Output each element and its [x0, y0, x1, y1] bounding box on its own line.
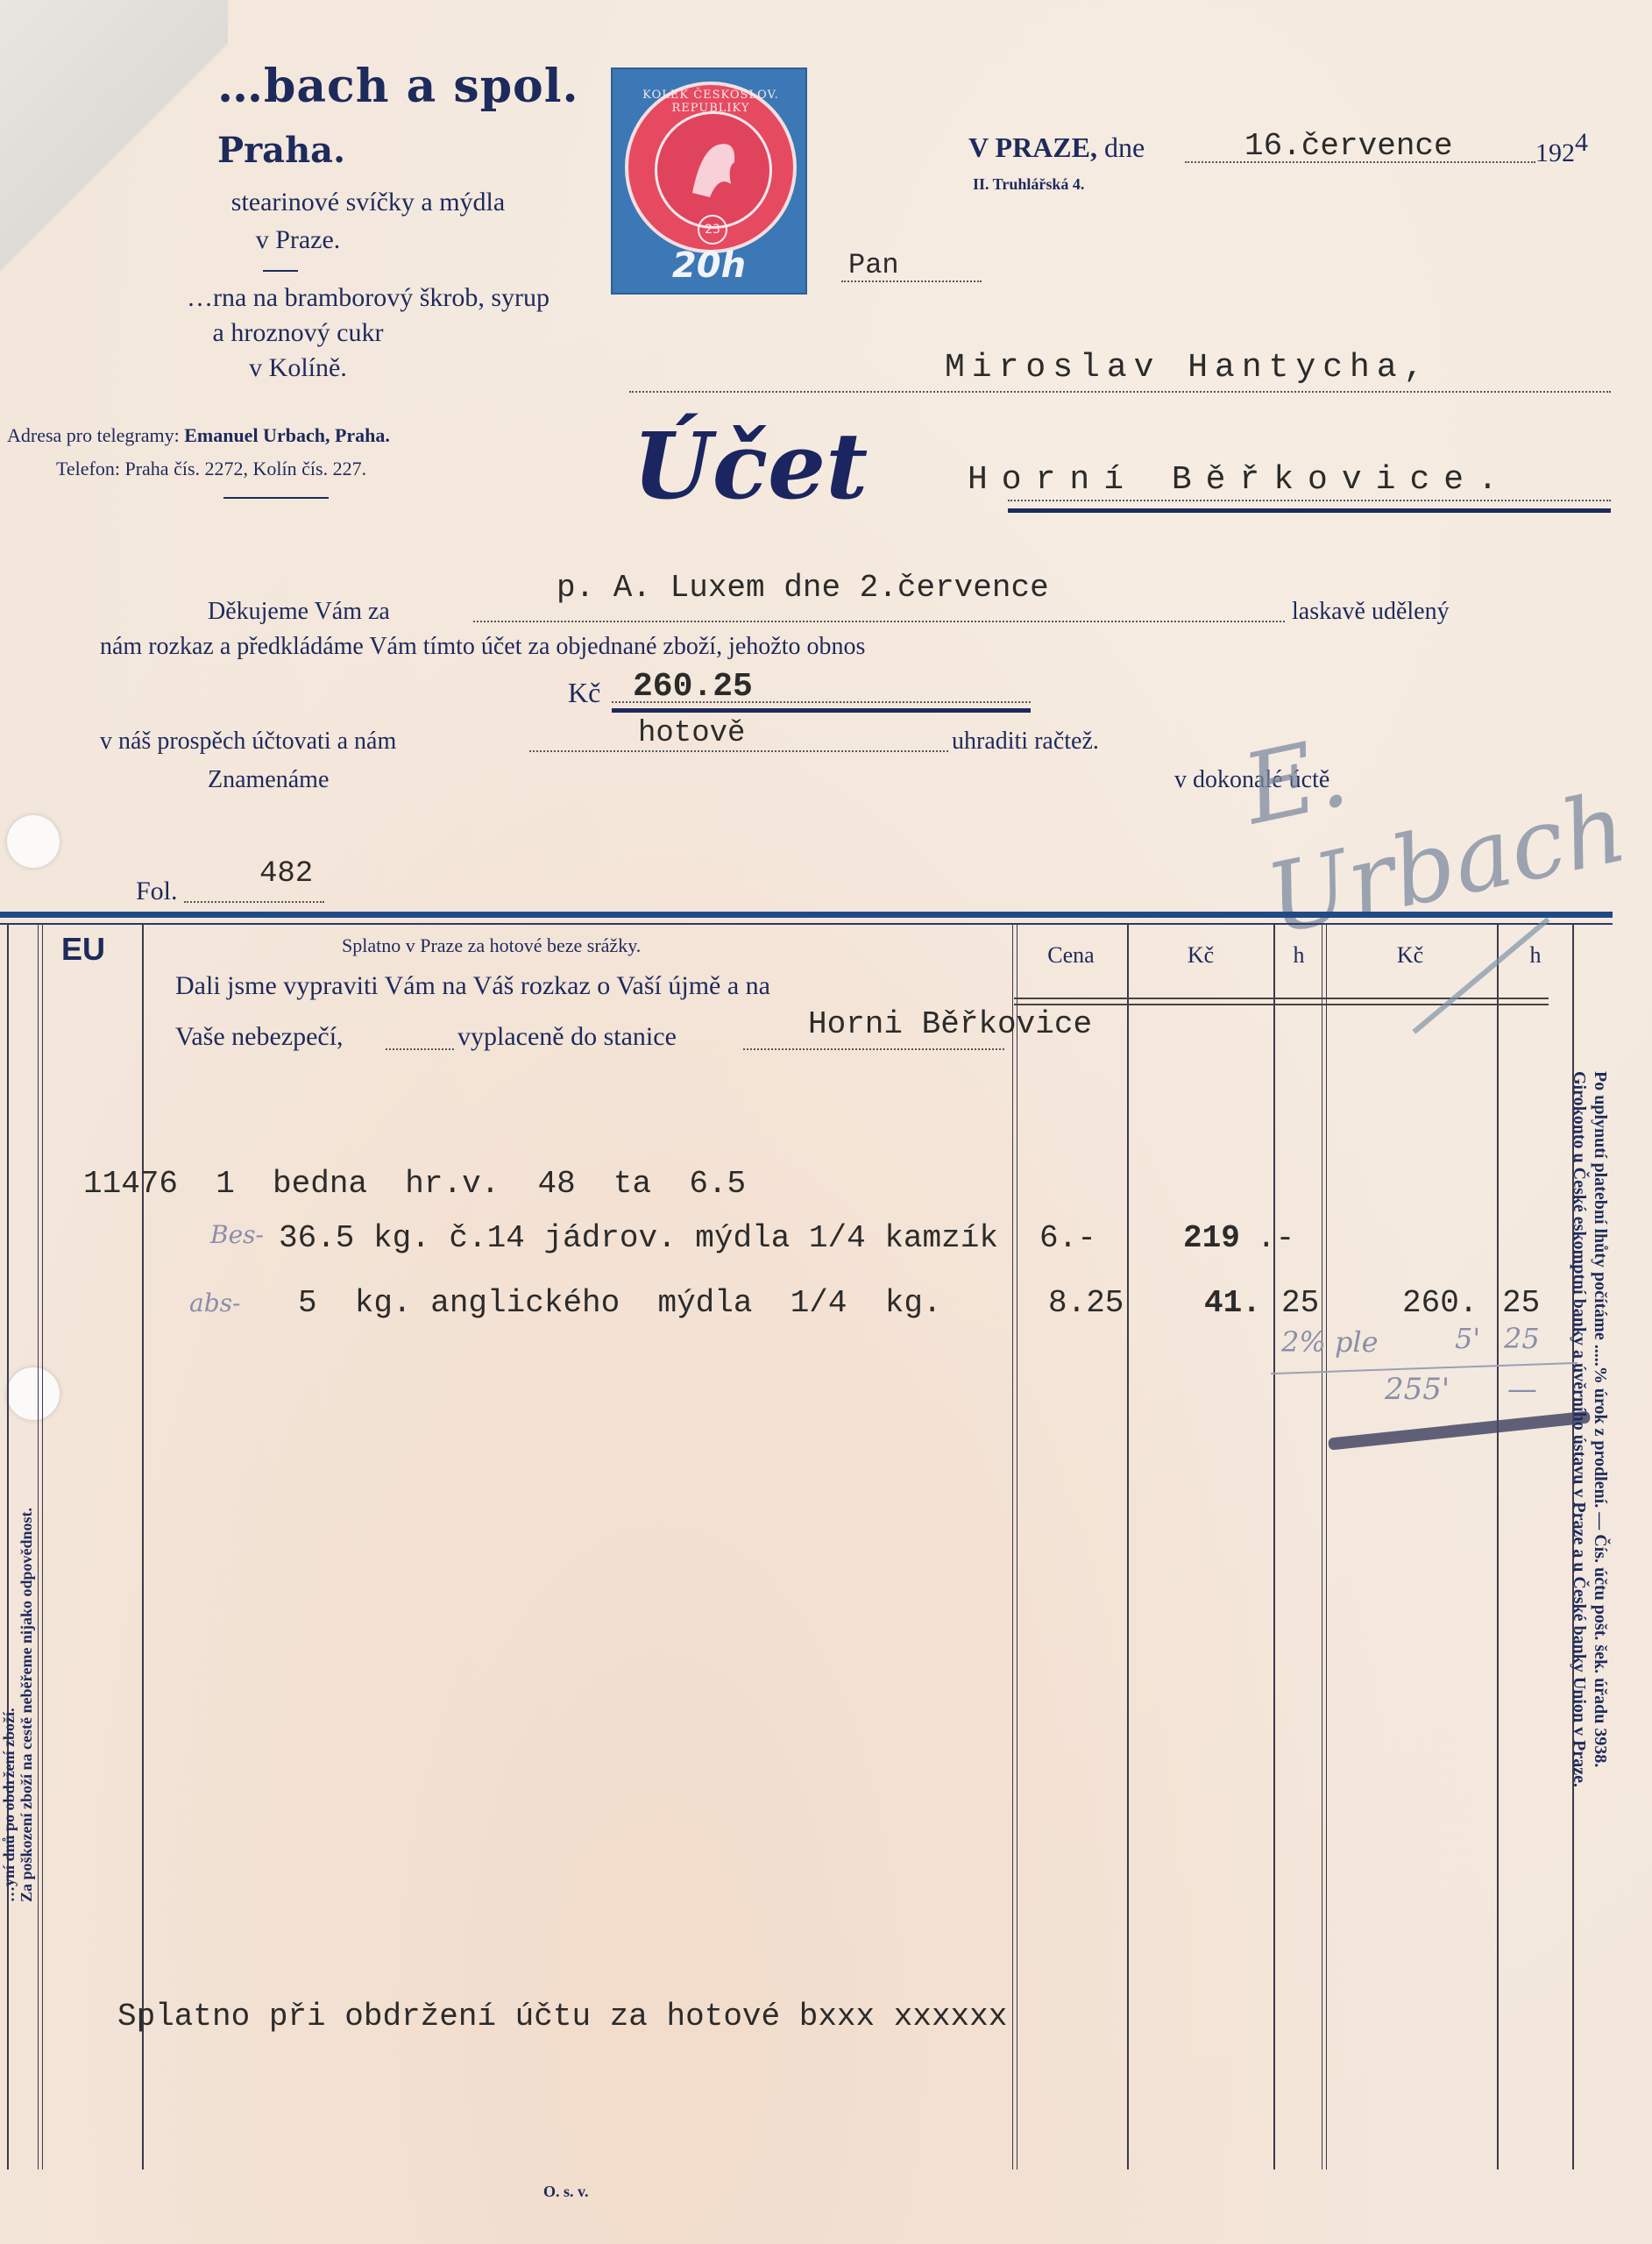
recipient-name: Miroslav Hantycha, — [945, 349, 1430, 387]
row-kc: 219 — [1183, 1220, 1240, 1256]
currency-label: Kč — [568, 677, 600, 709]
telegram-label: Adresa pro telegramy: — [7, 424, 180, 446]
salutation: Pan — [848, 249, 899, 281]
heading-underline — [1008, 508, 1611, 513]
salutation-line — [841, 280, 982, 282]
col-header-h: h — [1277, 942, 1321, 969]
right-margin-line2: Girokonto u České eskomptní banky a úvěr… — [1569, 1071, 1590, 1787]
document-title: Účet — [633, 412, 868, 520]
total-amount: 260.25 — [633, 668, 753, 706]
table-top-rule-thin — [0, 923, 1613, 925]
telegram-value: Emanuel Urbach, Praha. — [184, 424, 390, 446]
amount-line — [612, 701, 1031, 703]
pencil-strike — [1328, 1410, 1591, 1450]
row-price: 6.- — [1039, 1220, 1096, 1256]
firm-name: …bach a spol. — [217, 60, 579, 113]
pencil-stroke — [1412, 917, 1549, 1033]
folio-value: 482 — [259, 857, 313, 891]
row-h: 25 — [1281, 1285, 1319, 1321]
table-row: 5 kg. anglického mýdla 1/4 kg. — [298, 1285, 942, 1321]
telegram-address: Adresa pro telegramy: Emanuel Urbach, Pr… — [7, 424, 390, 447]
code-label: EU — [61, 931, 105, 968]
date-label: dne — [1104, 131, 1145, 163]
row-kc: 41. — [1204, 1285, 1261, 1321]
lion-emblem-icon — [655, 111, 772, 229]
thanks-suffix: laskavě udělený — [1292, 598, 1450, 626]
column-line — [1273, 925, 1275, 2169]
payment-terms: Splatno v Praze za hotové beze srážky. — [342, 934, 641, 957]
shipping-line2-mid: vyplaceně do stanice — [457, 1022, 677, 1052]
payment-method-line — [529, 750, 948, 752]
year-suffix: 4 — [1575, 128, 1588, 157]
place-label: V PRAZE, — [968, 131, 1097, 163]
place-date: V PRAZE, dne — [968, 131, 1145, 164]
row-note: abs- — [189, 1289, 240, 1317]
recipient-name-line — [629, 391, 1611, 393]
year: 1924 — [1535, 138, 1588, 168]
body-line2: nám rozkaz a předkládáme Vám tímto účet … — [100, 633, 865, 661]
recipient-place-line — [1008, 500, 1611, 501]
header-separator — [1014, 998, 1549, 1005]
table-row: 11476 1 bedna hr.v. 48 ta 6.5 — [83, 1166, 746, 1202]
right-margin-line1: Po uplynutí platební lhůty počítáme ....… — [1590, 1071, 1611, 1787]
col-header-price: Cena — [1018, 942, 1124, 969]
amount-underline — [612, 708, 1031, 713]
thanks-prefix: Děkujeme Vám za — [208, 598, 390, 626]
row-h: .- — [1257, 1220, 1294, 1256]
discount-kc: 5' — [1455, 1322, 1480, 1355]
folded-corner — [0, 0, 228, 368]
letterhead-line5: v Kolíně. — [110, 353, 486, 383]
table-top-rule — [0, 912, 1613, 918]
company-address: II. Truhlářská 4. — [973, 175, 1084, 194]
column-line — [142, 925, 144, 2169]
col-header-kc: Kč — [1131, 942, 1271, 969]
recipient-place: Horní Běřkovice. — [968, 461, 1512, 499]
station-line — [743, 1048, 1004, 1050]
folio-line — [184, 901, 324, 903]
shipping-line1: Dali jsme vypraviti Vám na Váš rozkaz o … — [175, 971, 770, 1001]
column-line — [1012, 925, 1017, 2169]
net-amount-kc: 255' — [1385, 1372, 1450, 1407]
letterhead-line4: a hroznový cukr — [110, 318, 486, 348]
ornament-rule — [223, 497, 329, 499]
payment-method: hotově — [638, 717, 745, 750]
net-amount-h: — — [1507, 1372, 1537, 1407]
column-line — [1127, 925, 1129, 2169]
row-total-h: 25 — [1502, 1285, 1540, 1321]
column-line — [38, 925, 43, 2169]
stamp-value: 20h — [613, 245, 805, 286]
right-margin-terms: Po uplynutí platební lhůty počítáme ....… — [1569, 1071, 1611, 1787]
folio-label: Fol. — [136, 877, 178, 906]
left-margin-terms: …yní dnů po obdržení zboží. Za poškození… — [0, 1508, 35, 1902]
thanks-line — [473, 621, 1285, 622]
body-line4-suffix: uhraditi račtež. — [952, 728, 1099, 756]
shipping-dots — [386, 1048, 454, 1050]
punch-hole — [7, 815, 60, 868]
discount-label: 2% ple — [1281, 1325, 1379, 1359]
destination-station: Horni Běřkovice — [808, 1006, 1092, 1042]
signature: E. Urbach — [1234, 653, 1652, 955]
letterhead-line1: stearinové svíčky a mýdla — [180, 188, 557, 217]
order-reference: p. A. Luxem dne 2.července — [557, 570, 1049, 606]
shipping-line2-prefix: Vaše nebezpečí, — [175, 1022, 344, 1052]
left-margin-line1: …yní dnů po obdržení zboží. — [0, 1508, 18, 1902]
stamp-number: 23 — [698, 215, 727, 245]
letterhead-line3: …rna na bramborový škrob, syrup — [180, 283, 557, 313]
column-line — [1322, 925, 1327, 2169]
body-line4-prefix: v náš prospěch účtovati a nám — [100, 728, 396, 756]
punch-hole — [7, 1367, 60, 1420]
col-header-total-kc: Kč — [1327, 942, 1493, 969]
firm-city: Praha. — [217, 130, 345, 171]
revenue-stamp: KOLEK ČESKOSLOV. REPUBLIKY 23 20h — [611, 67, 807, 295]
phone-numbers: Telefon: Praha čís. 2272, Kolín čís. 227… — [56, 458, 366, 480]
column-line — [1497, 925, 1499, 2169]
row-price: 8.25 — [1048, 1285, 1124, 1321]
footer-osv: O. s. v. — [543, 2183, 589, 2201]
left-margin-line2: Za poškození zboží na cestě neběřeme nij… — [18, 1508, 35, 1902]
row-note: Bes- — [210, 1220, 264, 1249]
discount-h: 25 — [1504, 1322, 1540, 1355]
letterhead-line2: v Praze. — [110, 225, 486, 255]
date-value: 16.července — [1244, 128, 1453, 164]
closing-left: Znamenáme — [208, 766, 329, 794]
table-row: 36.5 kg. č.14 jádrov. mýdla 1/4 kamzík — [279, 1220, 998, 1256]
row-total-kc: 260. — [1402, 1285, 1478, 1321]
divider — [263, 270, 298, 272]
year-prefix: 192 — [1535, 138, 1575, 167]
stamp-seal: KOLEK ČESKOSLOV. REPUBLIKY 23 — [625, 82, 797, 253]
footer-payment-note: Splatno při obdržení účtu za hotové bxxx… — [117, 1999, 1007, 2035]
